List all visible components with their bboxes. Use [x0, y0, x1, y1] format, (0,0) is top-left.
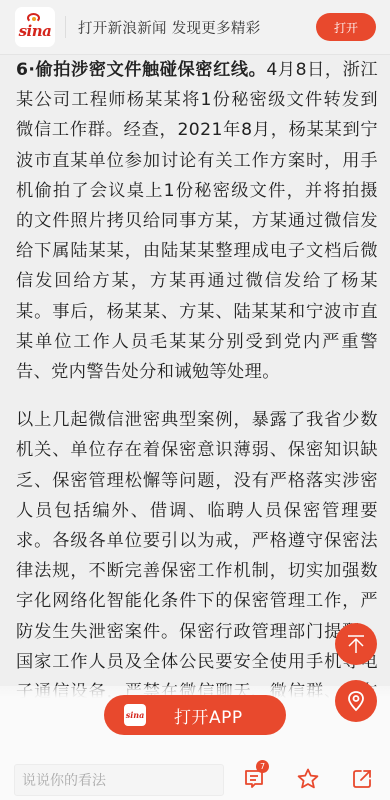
paragraph-text: 4月8日，浙江某公司工程师杨某某将1份秘密级文件转发到微信工作群。经查，2021… [16, 60, 378, 382]
open-app-label: 打开APP [174, 703, 243, 728]
bottom-action-bar: 说说你的看法 7 [0, 760, 390, 800]
open-app-button[interactable]: sina 打开APP [104, 695, 286, 735]
app-promo-banner: sina 打开新浪新闻 发现更多精彩 打开 [0, 0, 390, 55]
banner-slogan: 打开新浪新闻 发现更多精彩 [78, 17, 316, 38]
location-pin-icon [346, 690, 366, 712]
paragraph-text: 以上几起微信泄密典型案例，暴露了我省少数机关、单位存在着保密意识薄弱、保密知识缺… [16, 410, 378, 732]
banner-divider [65, 16, 66, 38]
sina-logo-text: sina [19, 22, 52, 40]
share-icon [351, 768, 373, 790]
star-icon [296, 767, 320, 791]
banner-open-button[interactable]: 打开 [316, 13, 376, 41]
sina-logo: sina [15, 7, 55, 47]
back-to-top-button[interactable] [335, 623, 377, 665]
sina-app-logo: sina [124, 704, 146, 726]
comment-input[interactable]: 说说你的看法 [14, 764, 224, 796]
arrow-up-icon [345, 633, 367, 655]
comments-button[interactable]: 7 [239, 764, 269, 794]
article-paragraph: 6·偷拍涉密文件触碰保密红线。4月8日，浙江某公司工程师杨某某将1份秘密级文件转… [16, 55, 378, 387]
favorite-button[interactable] [293, 764, 323, 794]
sina-eye-icon [27, 13, 40, 23]
paragraph-bold-lead: 6·偷拍涉密文件触碰保密红线。 [16, 60, 266, 80]
share-button[interactable] [347, 764, 377, 794]
article-body: 6·偷拍涉密文件触碰保密红线。4月8日，浙江某公司工程师杨某某将1份秘密级文件转… [16, 55, 378, 737]
comment-count-badge: 7 [256, 760, 269, 773]
location-button[interactable] [335, 680, 377, 722]
